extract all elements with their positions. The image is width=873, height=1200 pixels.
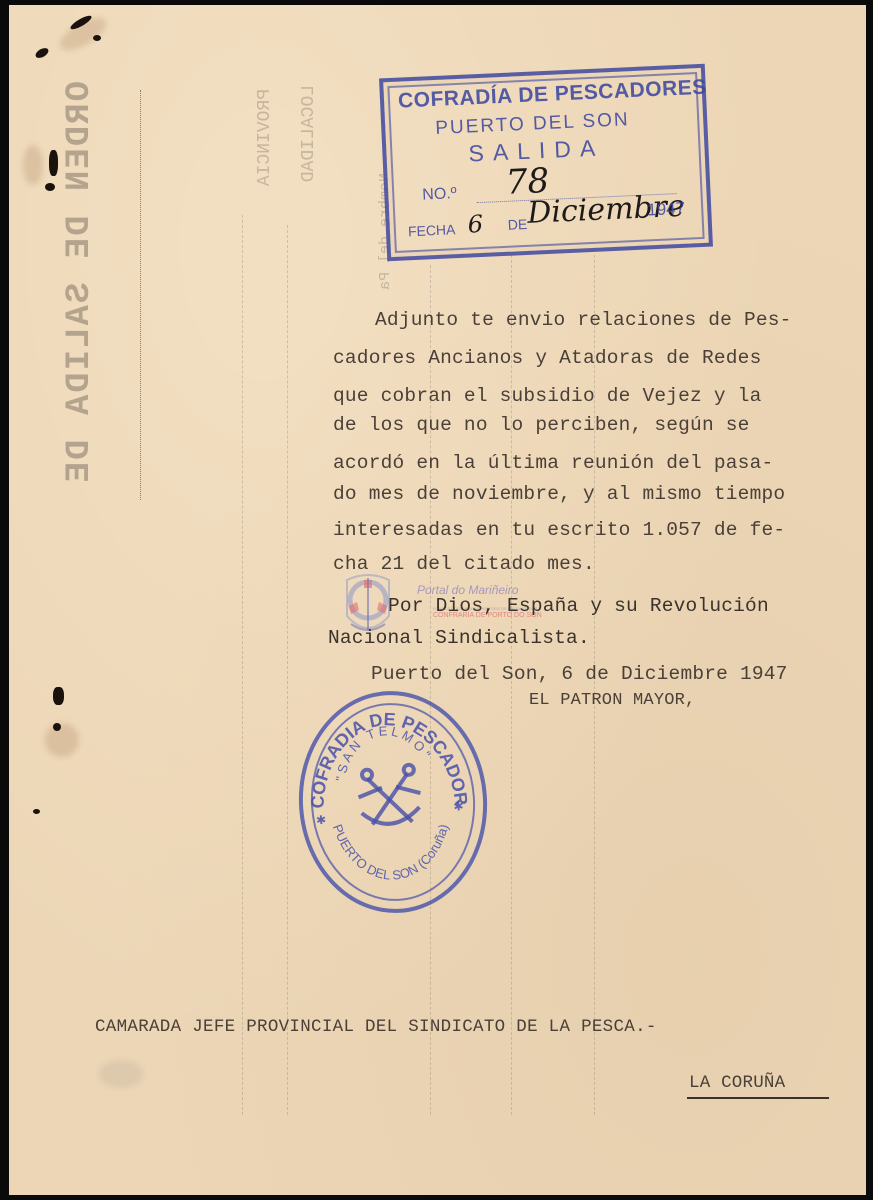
burn-hole xyxy=(93,35,101,41)
form-line xyxy=(140,90,141,500)
form-line xyxy=(287,225,288,1115)
form-line xyxy=(511,255,512,1115)
bleed-through-text: PROVINCIA xyxy=(255,89,275,186)
body-line: acordó en la última reunión del pasa- xyxy=(333,452,773,474)
stain xyxy=(45,723,79,757)
body-line: do mes de noviembre, y al mismo tiempo xyxy=(333,483,785,505)
handwritten-day: 6 xyxy=(467,210,484,239)
recipient-line: CAMARADA JEFE PROVINCIAL DEL SINDICATO D… xyxy=(95,1017,657,1037)
body-line: que cobran el subsidio de Vejez y la xyxy=(333,385,761,407)
crossed-anchors-icon xyxy=(357,764,423,826)
document-page: ORDEN DE SALIDA DE PROVINCIA LOCALIDAD N… xyxy=(9,5,866,1195)
burn-hole xyxy=(49,150,58,176)
form-line xyxy=(242,215,243,1115)
body-line: interesadas en tu escrito 1.057 de fe- xyxy=(333,519,785,541)
svg-text:✱: ✱ xyxy=(453,799,464,814)
bleed-through-text: LOCALIDAD xyxy=(299,85,319,182)
place-date: Puerto del Son, 6 de Diciembre 1947 xyxy=(371,663,788,685)
stamp-date-label: FECHA xyxy=(408,221,456,239)
stamp-org: COFRADÍA DE PESCADORES xyxy=(398,76,708,114)
seal-text-ring: COFRADIA DE PESCADORES "SAN TELMO" PUERT… xyxy=(291,685,485,911)
signatory-title: EL PATRON MAYOR, xyxy=(529,691,695,710)
recipient-city: LA CORUÑA xyxy=(689,1073,785,1093)
brotherhood-seal: COFRADIA DE PESCADORES "SAN TELMO" PUERT… xyxy=(291,685,494,920)
stamp-year: 1947 xyxy=(647,199,686,221)
seal-top-text: COFRADIA DE PESCADORES xyxy=(291,685,471,817)
stamp-number-label: NO.º xyxy=(422,185,457,205)
bleed-through-text: ORDEN DE SALIDA DE xyxy=(61,81,99,484)
burn-hole xyxy=(53,723,61,731)
stain xyxy=(23,145,43,185)
form-line xyxy=(594,255,595,1115)
exit-register-stamp: COFRADÍA DE PESCADORES PUERTO DEL SON SA… xyxy=(379,64,713,262)
burn-hole xyxy=(33,809,40,814)
burn-hole xyxy=(45,183,55,191)
burn-hole xyxy=(34,46,50,60)
svg-text:✱: ✱ xyxy=(316,813,327,828)
closing-line: Por Dios, España y su Revolución xyxy=(388,595,769,617)
burn-hole xyxy=(53,687,64,705)
body-line: cadores Ancianos y Atadoras de Redes xyxy=(333,347,761,369)
stamp-date-de: DE xyxy=(507,216,527,233)
body-line: de los que no lo perciben, según se xyxy=(333,414,750,436)
city-underline xyxy=(687,1097,829,1099)
body-line: Adjunto te envio relaciones de Pes- xyxy=(375,309,792,331)
closing-line: Nacional Sindicalista. xyxy=(328,627,590,649)
svg-text:COFRADIA DE PESCADORES: COFRADIA DE PESCADORES xyxy=(291,685,471,817)
stamp-ghost xyxy=(99,1060,143,1088)
